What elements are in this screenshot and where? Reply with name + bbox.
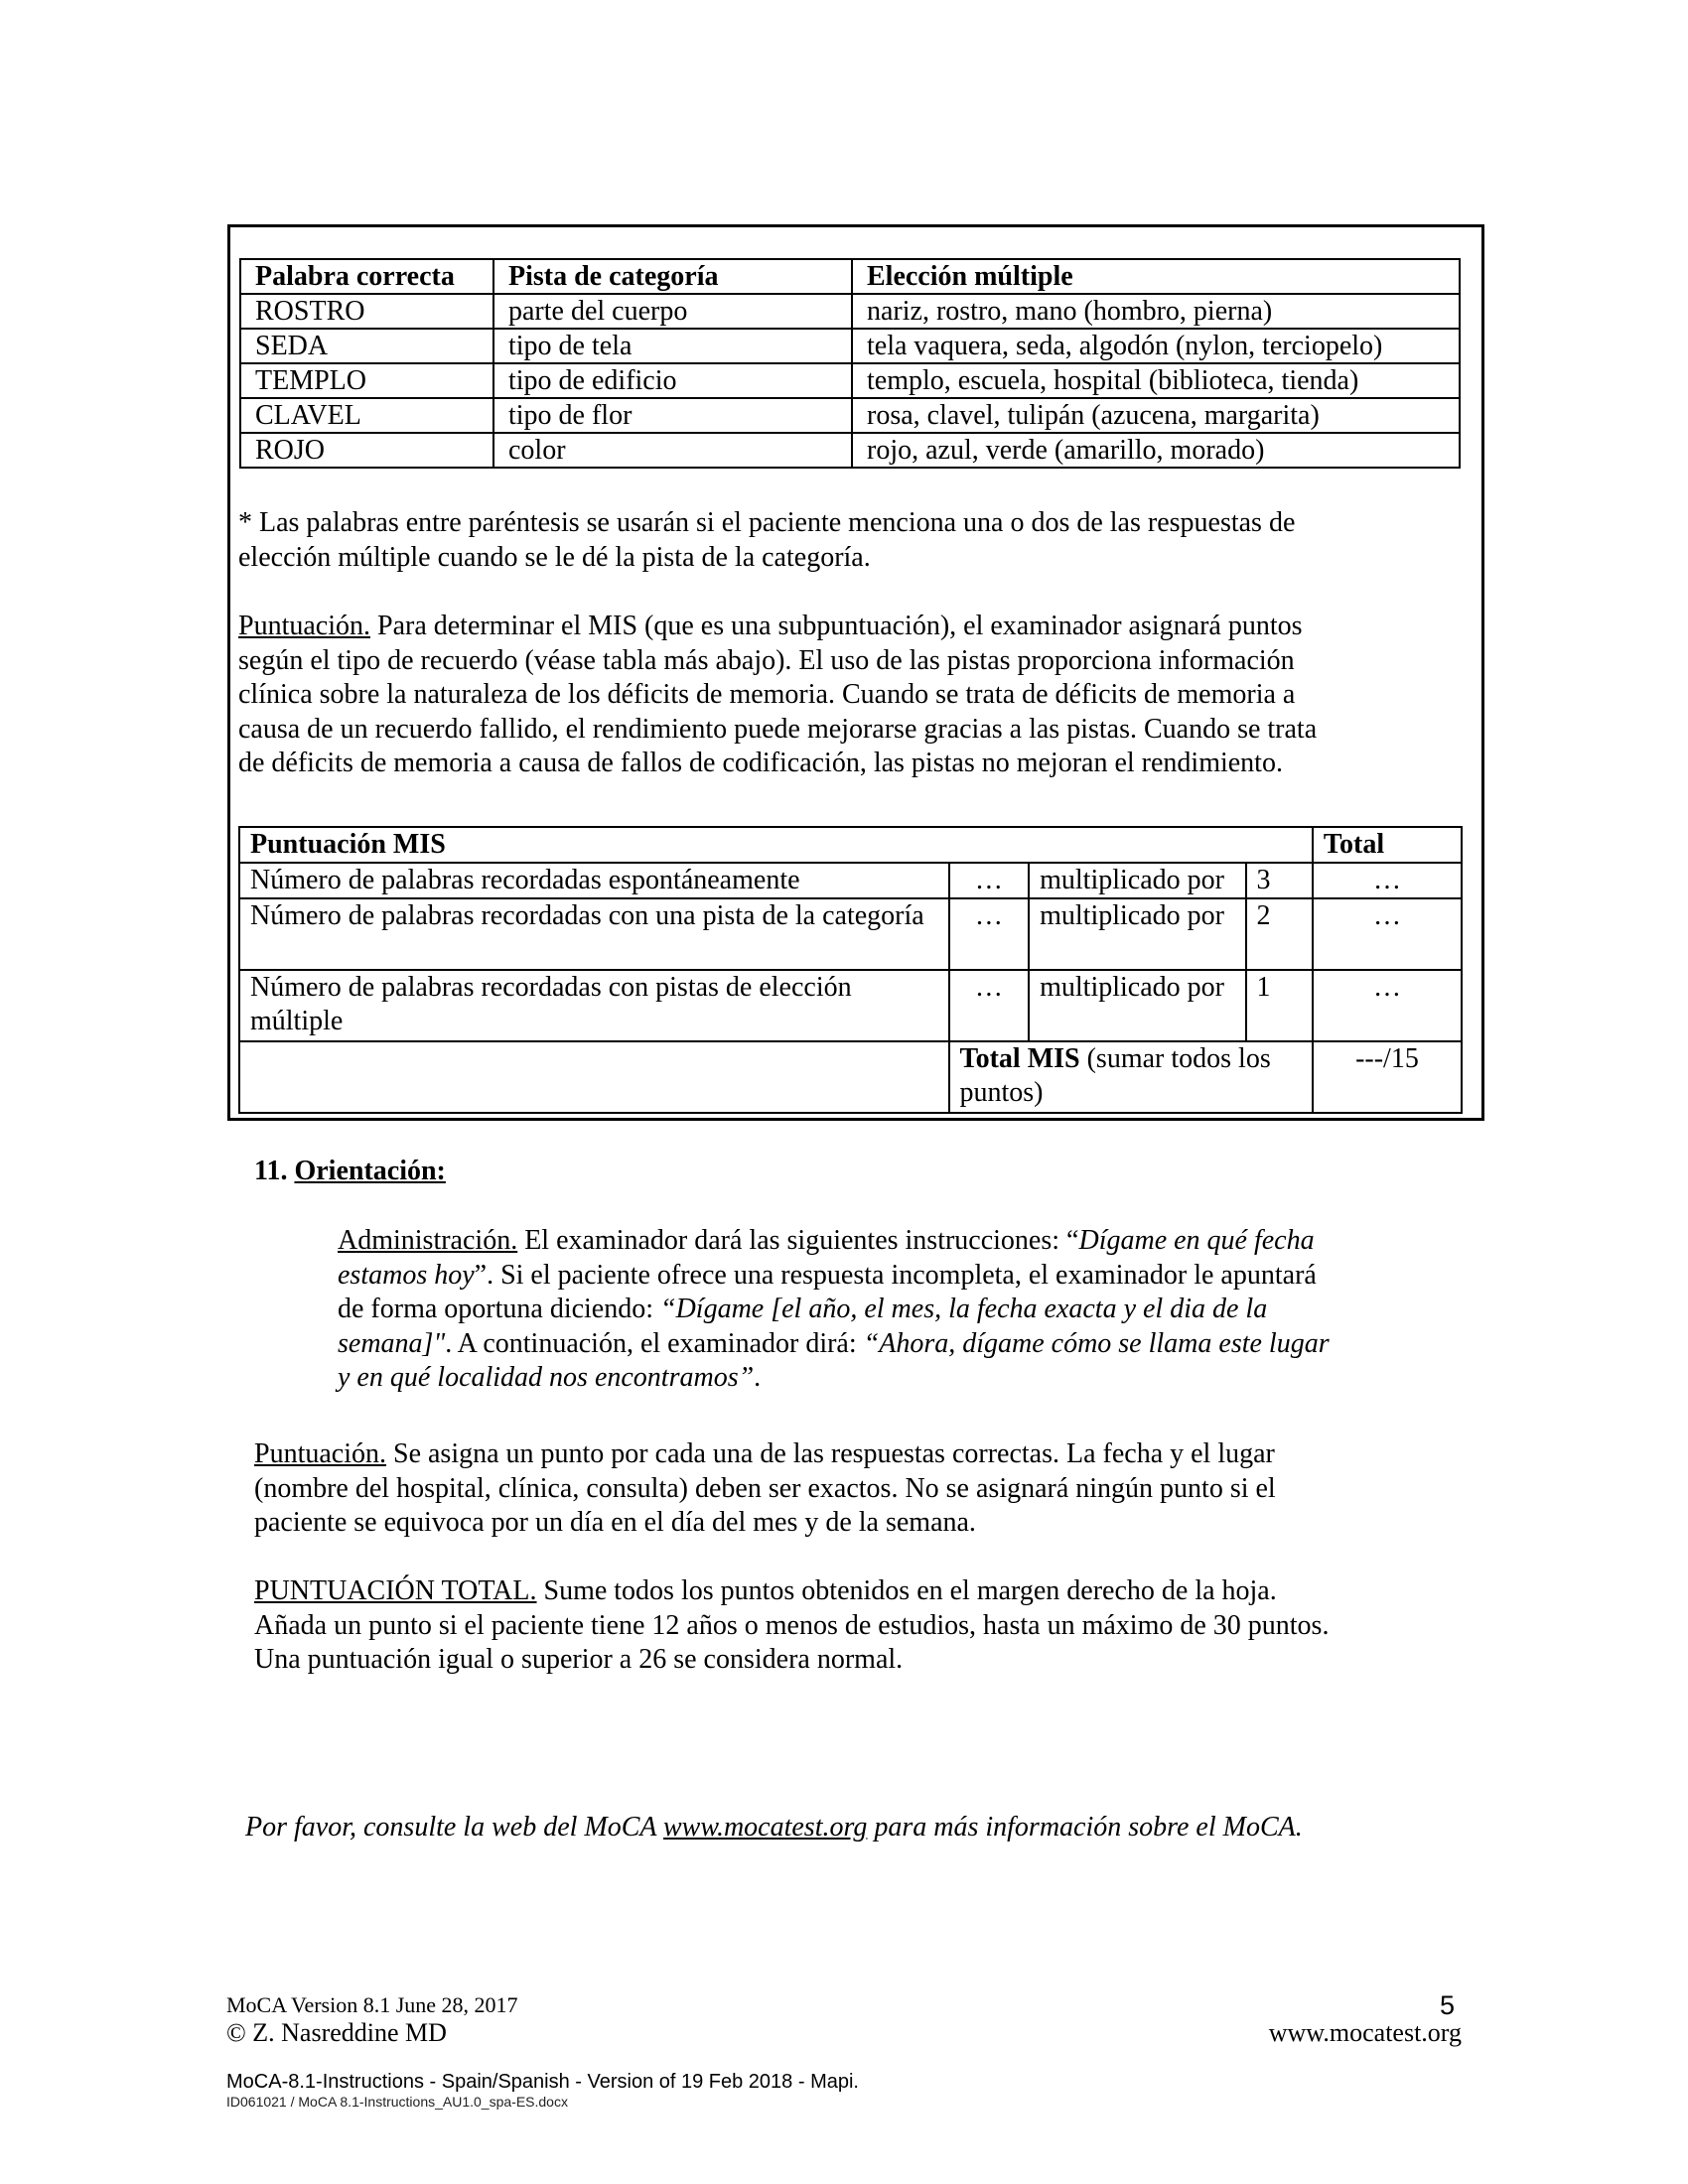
table-row: Número de palabras recordadas con pistas…	[239, 970, 1462, 1041]
table-header-row: Puntuación MIS Total	[239, 827, 1462, 863]
scoring-label: Puntuación.	[238, 611, 370, 641]
administration-line: estamos hoy”. Si el paciente ofrece una …	[338, 1259, 1330, 1294]
footer-doc-id: ID061021 / MoCA 8.1-Instructions_AU1.0_s…	[226, 2094, 568, 2111]
correct-word-cell: ROSTRO	[240, 294, 493, 329]
table-row: SEDA tipo de tela tela vaquera, seda, al…	[240, 329, 1460, 363]
administration-paragraph: Administración. El examinador dará las s…	[338, 1224, 1330, 1396]
category-cue-cell: tipo de flor	[493, 398, 852, 433]
column-header-correct-word: Palabra correcta	[240, 259, 493, 294]
section-title: Orientación:	[294, 1156, 445, 1186]
footer-version: MoCA Version 8.1 June 28, 2017	[226, 1992, 518, 2018]
operator-label: multiplicado por	[1029, 863, 1245, 898]
recall-type-label: Número de palabras recordadas con una pi…	[239, 898, 949, 970]
parentheses-note: * Las palabras entre paréntesis se usará…	[238, 506, 1295, 575]
table-row: Número de palabras recordadas espontánea…	[239, 863, 1462, 898]
page-number: 5	[1440, 1990, 1455, 2020]
category-cue-cell: tipo de edificio	[493, 363, 852, 398]
row-total-field: …	[1313, 863, 1462, 898]
total-mis-label: Total MIS (sumar todos los puntos)	[949, 1041, 1313, 1113]
section-number: 11.	[254, 1156, 294, 1186]
administration-line: Administración. El examinador dará las s…	[338, 1224, 1330, 1259]
column-header-category-cue: Pista de categoría	[493, 259, 852, 294]
correct-word-cell: TEMPLO	[240, 363, 493, 398]
table-row-total: Total MIS (sumar todos los puntos) ---/1…	[239, 1041, 1462, 1113]
table-row: Número de palabras recordadas con una pi…	[239, 898, 1462, 970]
multiple-choice-cell: rojo, azul, verde (amarillo, morado)	[852, 433, 1460, 468]
row-total-field: …	[1313, 970, 1462, 1041]
footer-website: www.mocatest.org	[1269, 2018, 1462, 2048]
table-row: TEMPLO tipo de edificio templo, escuela,…	[240, 363, 1460, 398]
count-field: …	[949, 863, 1030, 898]
note-line: elección múltiple cuando se le dé la pis…	[238, 541, 1295, 576]
orientation-scoring-paragraph: Puntuación. Se asigna un punto por cada …	[254, 1437, 1276, 1541]
total-score-label: PUNTUACIÓN TOTAL.	[254, 1575, 537, 1606]
factor-value: 2	[1246, 898, 1313, 970]
table-row: ROSTRO parte del cuerpo nariz, rostro, m…	[240, 294, 1460, 329]
total-mis-value: ---/15	[1313, 1041, 1462, 1113]
empty-cell	[239, 1041, 949, 1113]
table-row: CLAVEL tipo de flor rosa, clavel, tulipá…	[240, 398, 1460, 433]
note-line: * Las palabras entre paréntesis se usará…	[238, 506, 1295, 541]
category-cue-cell: tipo de tela	[493, 329, 852, 363]
mis-header: Puntuación MIS	[239, 827, 1313, 863]
section-heading-orientation: 11. Orientación:	[254, 1155, 446, 1189]
multiple-choice-cell: nariz, rostro, mano (hombro, pierna)	[852, 294, 1460, 329]
table-header-row: Palabra correcta Pista de categoría Elec…	[240, 259, 1460, 294]
total-header: Total	[1313, 827, 1462, 863]
category-cue-cell: parte del cuerpo	[493, 294, 852, 329]
operator-label: multiplicado por	[1029, 970, 1245, 1041]
category-cue-cell: color	[493, 433, 852, 468]
total-score-paragraph: PUNTUACIÓN TOTAL. Sume todos los puntos …	[254, 1574, 1329, 1678]
count-field: …	[949, 970, 1030, 1041]
factor-value: 3	[1246, 863, 1313, 898]
website-note: Por favor, consulte la web del MoCA www.…	[245, 1811, 1303, 1845]
row-total-field: …	[1313, 898, 1462, 970]
mocatest-link[interactable]: www.mocatest.org	[663, 1812, 867, 1843]
multiple-choice-cell: tela vaquera, seda, algodón (nylon, terc…	[852, 329, 1460, 363]
administration-line: de forma oportuna diciendo: “Dígame [el …	[338, 1293, 1330, 1327]
factor-value: 1	[1246, 970, 1313, 1041]
administration-line: semana]". A continuación, el examinador …	[338, 1327, 1330, 1362]
correct-word-cell: SEDA	[240, 329, 493, 363]
column-header-multiple-choice: Elección múltiple	[852, 259, 1460, 294]
administration-line: y en qué localidad nos encontramos”.	[338, 1361, 1330, 1396]
mis-scoring-paragraph: Puntuación. Para determinar el MIS (que …	[238, 610, 1317, 781]
mis-score-table: Puntuación MIS Total Número de palabras …	[238, 826, 1463, 1114]
scoring-label: Puntuación.	[254, 1438, 386, 1469]
administration-label: Administración.	[338, 1225, 517, 1256]
footer-copyright: © Z. Nasreddine MD	[226, 2018, 447, 2048]
multiple-choice-cell: rosa, clavel, tulipán (azucena, margarit…	[852, 398, 1460, 433]
recall-cue-table: Palabra correcta Pista de categoría Elec…	[239, 258, 1461, 469]
table-row: ROJO color rojo, azul, verde (amarillo, …	[240, 433, 1460, 468]
correct-word-cell: CLAVEL	[240, 398, 493, 433]
recall-type-label: Número de palabras recordadas con pistas…	[239, 970, 949, 1041]
correct-word-cell: ROJO	[240, 433, 493, 468]
operator-label: multiplicado por	[1029, 898, 1245, 970]
recall-type-label: Número de palabras recordadas espontánea…	[239, 863, 949, 898]
multiple-choice-cell: templo, escuela, hospital (biblioteca, t…	[852, 363, 1460, 398]
count-field: …	[949, 898, 1030, 970]
footer-doc-title: MoCA-8.1-Instructions - Spain/Spanish - …	[226, 2071, 859, 2093]
